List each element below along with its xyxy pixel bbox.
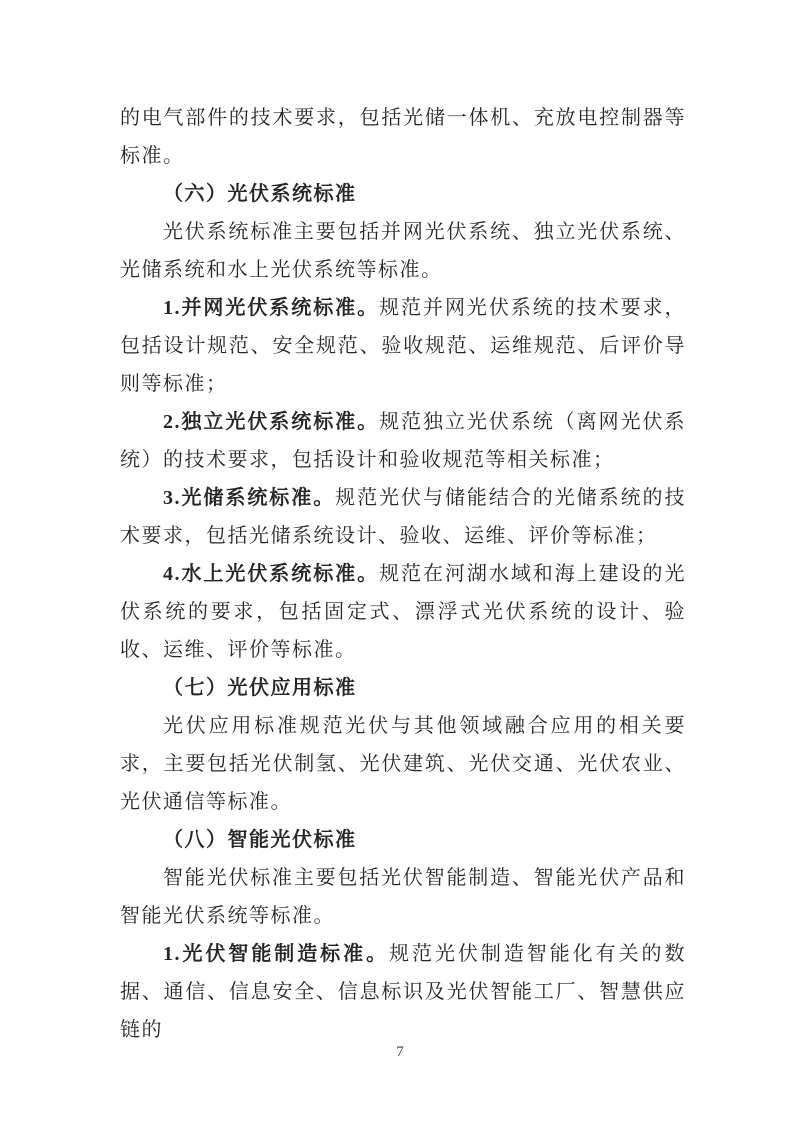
paragraph: 3.光储系统标准。规范光伏与储能结合的光储系统的技术要求，包括光储系统设计、验收…	[120, 479, 686, 555]
paragraph: 4.水上光伏系统标准。规范在河湖水域和海上建设的光伏系统的要求，包括固定式、漂浮…	[120, 555, 686, 669]
paragraph: 光伏应用标准规范光伏与其他领域融合应用的相关要求，主要包括光伏制氢、光伏建筑、光…	[120, 707, 686, 821]
section-heading: （八）智能光伏标准	[120, 821, 686, 859]
bold-lead-text: 3.光储系统标准。	[163, 487, 335, 509]
body-text: 光伏应用标准规范光伏与其他领域融合应用的相关要求，主要包括光伏制氢、光伏建筑、光…	[120, 715, 686, 813]
bold-lead-text: 1.并网光伏系统标准。	[163, 297, 379, 319]
section-heading: （七）光伏应用标准	[120, 669, 686, 707]
bold-lead-text: （六）光伏系统标准	[163, 183, 357, 205]
body-text: 的电气部件的技术要求，包括光储一体机、充放电控制器等标准。	[120, 107, 686, 167]
bold-lead-text: 2.独立光伏系统标准。	[163, 411, 379, 433]
paragraph: 的电气部件的技术要求，包括光储一体机、充放电控制器等标准。	[120, 99, 686, 175]
paragraph: 2.独立光伏系统标准。规范独立光伏系统（离网光伏系统）的技术要求，包括设计和验收…	[120, 403, 686, 479]
page-number: 7	[0, 1042, 800, 1062]
body-text: 智能光伏标准主要包括光伏智能制造、智能光伏产品和智能光伏系统等标准。	[120, 867, 686, 927]
section-heading: （六）光伏系统标准	[120, 175, 686, 213]
paragraph: 光伏系统标准主要包括并网光伏系统、独立光伏系统、光储系统和水上光伏系统等标准。	[120, 213, 686, 289]
document-body: 的电气部件的技术要求，包括光储一体机、充放电控制器等标准。（六）光伏系统标准光伏…	[120, 99, 686, 1049]
body-text: 光伏系统标准主要包括并网光伏系统、独立光伏系统、光储系统和水上光伏系统等标准。	[120, 221, 686, 281]
paragraph: 智能光伏标准主要包括光伏智能制造、智能光伏产品和智能光伏系统等标准。	[120, 859, 686, 935]
bold-lead-text: （八）智能光伏标准	[163, 829, 357, 851]
bold-lead-text: （七）光伏应用标准	[163, 677, 357, 699]
paragraph: 1.并网光伏系统标准。规范并网光伏系统的技术要求，包括设计规范、安全规范、验收规…	[120, 289, 686, 403]
paragraph: 1.光伏智能制造标准。规范光伏制造智能化有关的数据、通信、信息安全、信息标识及光…	[120, 935, 686, 1049]
bold-lead-text: 4.水上光伏系统标准。	[163, 563, 379, 585]
bold-lead-text: 1.光伏智能制造标准。	[163, 943, 389, 965]
document-page: 的电气部件的技术要求，包括光储一体机、充放电控制器等标准。（六）光伏系统标准光伏…	[0, 0, 800, 1131]
